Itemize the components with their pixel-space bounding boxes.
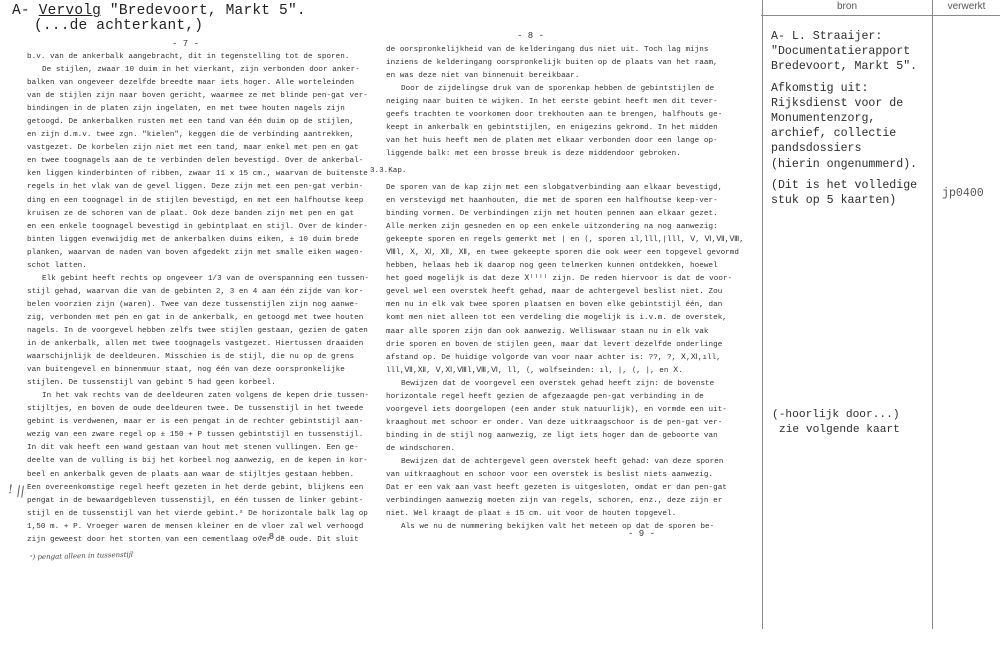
source-table: bron verwerkt A- L. Straaijer: "Document… <box>761 0 1000 629</box>
text-line: van het huis heeft men de platen met elk… <box>386 135 722 148</box>
text-line: De stijlen, zwaar 10 duim in het vierkan… <box>27 64 369 77</box>
text-line: b.v. van de ankerbalk aangebracht, dit i… <box>27 51 369 64</box>
text-line: en twee toognagels aan de te verbinden d… <box>27 155 369 168</box>
column-header-bron: bron <box>762 0 932 15</box>
text-line: niet. Wel kraagt de plaat ± 15 cm. uit v… <box>386 508 744 521</box>
page-number-top-left: - 7 - <box>172 39 199 49</box>
text-line: regels in het vlak van de gevel liggen. … <box>27 181 369 194</box>
text-line: Bewijzen dat de voorgevel een overstek g… <box>386 378 744 391</box>
text-line: voorgevel iets doorgelopen (een ander st… <box>386 404 744 417</box>
text-line: beel en ankerbalk geven de plaats aan wa… <box>27 469 369 482</box>
text-line: stijl en de tussenstijl van het vierde g… <box>27 508 369 521</box>
text-line: Als we nu de nummering bekijken valt het… <box>386 521 744 534</box>
text-line: waarschijnlijk de deeldeuren. Misschien … <box>27 351 369 364</box>
text-line: bindingen in de platen zijn ingelaten, e… <box>27 103 369 116</box>
page-number-bottom-right: - 9 - <box>628 529 655 539</box>
text-line: zijn geweest door het storten van een ce… <box>27 534 369 547</box>
bron-origin-block: Afkomstig uit: Rijksdienst voor de Monum… <box>771 81 917 172</box>
column-header-verwerkt: verwerkt <box>933 0 1000 15</box>
text-line: van buitengevel en binnenmuur staat, nog… <box>27 364 369 377</box>
section-heading-kap: 3.3.Kap. <box>370 167 406 175</box>
margin-mark: ! || <box>7 482 26 498</box>
text-line: kruisen ze de schoren van de plaat. Ook … <box>27 208 369 221</box>
text-line: hebben, helaas heb ik daarop nog geen te… <box>386 260 744 273</box>
text-line: liggende balk: met een brosse breuk is d… <box>386 148 722 161</box>
bron-cell: A- L. Straaijer: "Documentatierapport Br… <box>771 29 917 214</box>
text-line: lll,Ⅶ,Ⅻ, Ⅴ,Ⅺ,Ⅷl,Ⅷ,Ⅵ, ll, ⟨, wolfseinden:… <box>386 365 744 378</box>
title-rest: "Bredevoort, Markt 5". <box>101 3 306 19</box>
text-line: deelte van de vulling is bij het korbeel… <box>27 455 369 468</box>
text-line: drie sporen en boven de stijlen geen, ma… <box>386 339 744 352</box>
text-line: in de ankerbalk, allen met twee toognage… <box>27 338 369 351</box>
verwerkt-code: jp0400 <box>942 187 984 200</box>
text-line: In het vak rechts van de deeldeuren zate… <box>27 390 369 403</box>
title-line-1: A- Vervolg "Bredevoort, Markt 5". <box>12 4 306 19</box>
text-line: zig, verbonden met pen en gat in de anke… <box>27 312 369 325</box>
text-line: de oorspronkelijkheid van de kelderingan… <box>386 44 722 57</box>
text-line: getoogd. De ankerbalken rusten met een t… <box>27 116 369 129</box>
document-title: A- Vervolg "Bredevoort, Markt 5". (...de… <box>12 4 306 34</box>
table-column-divider <box>932 0 933 629</box>
text-line: balken van ongeveer dezelfde breedte maa… <box>27 77 369 90</box>
text-line: van de stijlen zijn naar boven gericht, … <box>27 90 369 103</box>
text-line: stijlen. De tussenstijl van gebint 5 had… <box>27 377 369 390</box>
text-line: belen voorzien zijn (waren). Twee van de… <box>27 299 369 312</box>
text-line: Door de zijdelingse druk van de sporenka… <box>386 83 722 96</box>
text-line: maar alle sporen zijn dan ook aanwezig. … <box>386 326 744 339</box>
table-header-divider <box>761 15 1000 16</box>
text-line: het goed mogelijk is dat deze Ⅹᴵᴵᴵᴵ zijn… <box>386 273 744 286</box>
handwritten-footnote: ˣ) pengat alleen in tussenstijl <box>30 551 133 562</box>
text-line: De sporen van de kap zijn met een slobga… <box>386 182 744 195</box>
page-number-top-right: - 8 - <box>517 31 544 41</box>
title-prefix: A- <box>12 3 39 19</box>
right-page-text-kap: De sporen van de kap zijn met een slobga… <box>386 182 744 534</box>
text-line: stijltjes, en boven de oude deeldeuren t… <box>27 403 369 416</box>
text-line: geefs trachten te voorkomen door trekhou… <box>386 109 722 122</box>
text-line: planken, waarvan de naden van boven afge… <box>27 247 369 260</box>
page-number-bottom-left: - 8 - <box>258 532 285 542</box>
text-line: ding en een toognagel in de stijlen beve… <box>27 195 369 208</box>
text-line: kraaghout met schoor er onder. Van deze … <box>386 417 744 430</box>
text-line: en was deze niet van binnenuit bereikbaa… <box>386 70 722 83</box>
text-line: neiging naar buiten te wijken. In het ee… <box>386 96 722 109</box>
text-line: afstand op. De huidige volgorde van voor… <box>386 352 744 365</box>
continuation-note: (-hoorlijk door...) zie volgende kaart <box>772 408 900 438</box>
text-line: verbindingen aanwezig moeten zijn van re… <box>386 495 744 508</box>
text-line: Dat er een vak aan vast heeft gezeten is… <box>386 482 744 495</box>
text-line: schot latten. <box>27 260 369 273</box>
text-line: van uitkraaghout en schoor voor een over… <box>386 469 744 482</box>
text-line: gevel wel een overstek heeft gehad, maar… <box>386 286 744 299</box>
text-line: binding vormen. De verbindingen zijn met… <box>386 208 744 221</box>
text-line: komt men niet alleen tot een verdeling d… <box>386 312 744 325</box>
text-line: Bewijzen dat de achtergevel geen overste… <box>386 456 744 469</box>
text-line: stijl gehad, waarvan die van de gebinten… <box>27 286 369 299</box>
text-line: wezig van een zware regel op ± 150 + P t… <box>27 429 369 442</box>
text-line: pengat in de bewaardgebleven tussenstijl… <box>27 495 369 508</box>
text-line: inziens de kelderingang oorspronkelijk b… <box>386 57 722 70</box>
bron-note-block: (Dit is het volledige stuk op 5 kaarten) <box>771 178 917 208</box>
text-line: gebint is verdwenen, maar er is een peng… <box>27 416 369 429</box>
text-line: de windschoren. <box>386 443 744 456</box>
text-line: en verstevigd met haanhouten, die met de… <box>386 195 744 208</box>
text-line: Elk gebint heeft rechts op ongeveer 1/3 … <box>27 273 369 286</box>
text-line: vastgezet. De korbelen zijn niet met een… <box>27 142 369 155</box>
title-vervolg: Vervolg <box>39 3 101 19</box>
text-line: men nu in elk vak twee sporen plaatsen e… <box>386 299 744 312</box>
text-line: 1,50 m. + P. Vroeger waren de mensen kle… <box>27 521 369 534</box>
text-line: binten liggen evenwijdig met de ankerbal… <box>27 234 369 247</box>
table-border-left <box>762 0 763 629</box>
title-subtitle: (...de achterkant,) <box>12 19 306 34</box>
text-line: In dit vak heeft een wand gestaan van ho… <box>27 442 369 455</box>
bron-author-block: A- L. Straaijer: "Documentatierapport Br… <box>771 29 917 75</box>
text-line: keept in ankerbalk en gebintstijlen, en … <box>386 122 722 135</box>
text-line: gekeepte sporen en regels gemerkt met | … <box>386 234 744 247</box>
text-line: en een enkele toognagel bevestigd in geb… <box>27 221 369 234</box>
text-line: ken liggen kinderbinten of ribben, zwaar… <box>27 168 369 181</box>
right-page-text-intro: de oorspronkelijkheid van de kelderingan… <box>386 44 722 161</box>
text-line: Alle merken zijn gesneden en op een enke… <box>386 221 744 234</box>
text-line: binding in de stijl nog aanwezig, ze lig… <box>386 430 744 443</box>
left-page-text: b.v. van de ankerbalk aangebracht, dit i… <box>27 51 369 547</box>
text-line: horizontale regel heeft gezien de afgeza… <box>386 391 744 404</box>
text-line: nagels. In de voorgevel hebben zelfs twe… <box>27 325 369 338</box>
text-line: Ⅷl, Ⅹ, Ⅺ, Ⅻ, Ⅻ, en twee gekeepte sporen … <box>386 247 744 260</box>
text-line: en zijn d.m.v. twee zgn. "kielen", kegge… <box>27 129 369 142</box>
text-line: Een overeenkomstige regel heeft gezeten … <box>27 482 369 495</box>
